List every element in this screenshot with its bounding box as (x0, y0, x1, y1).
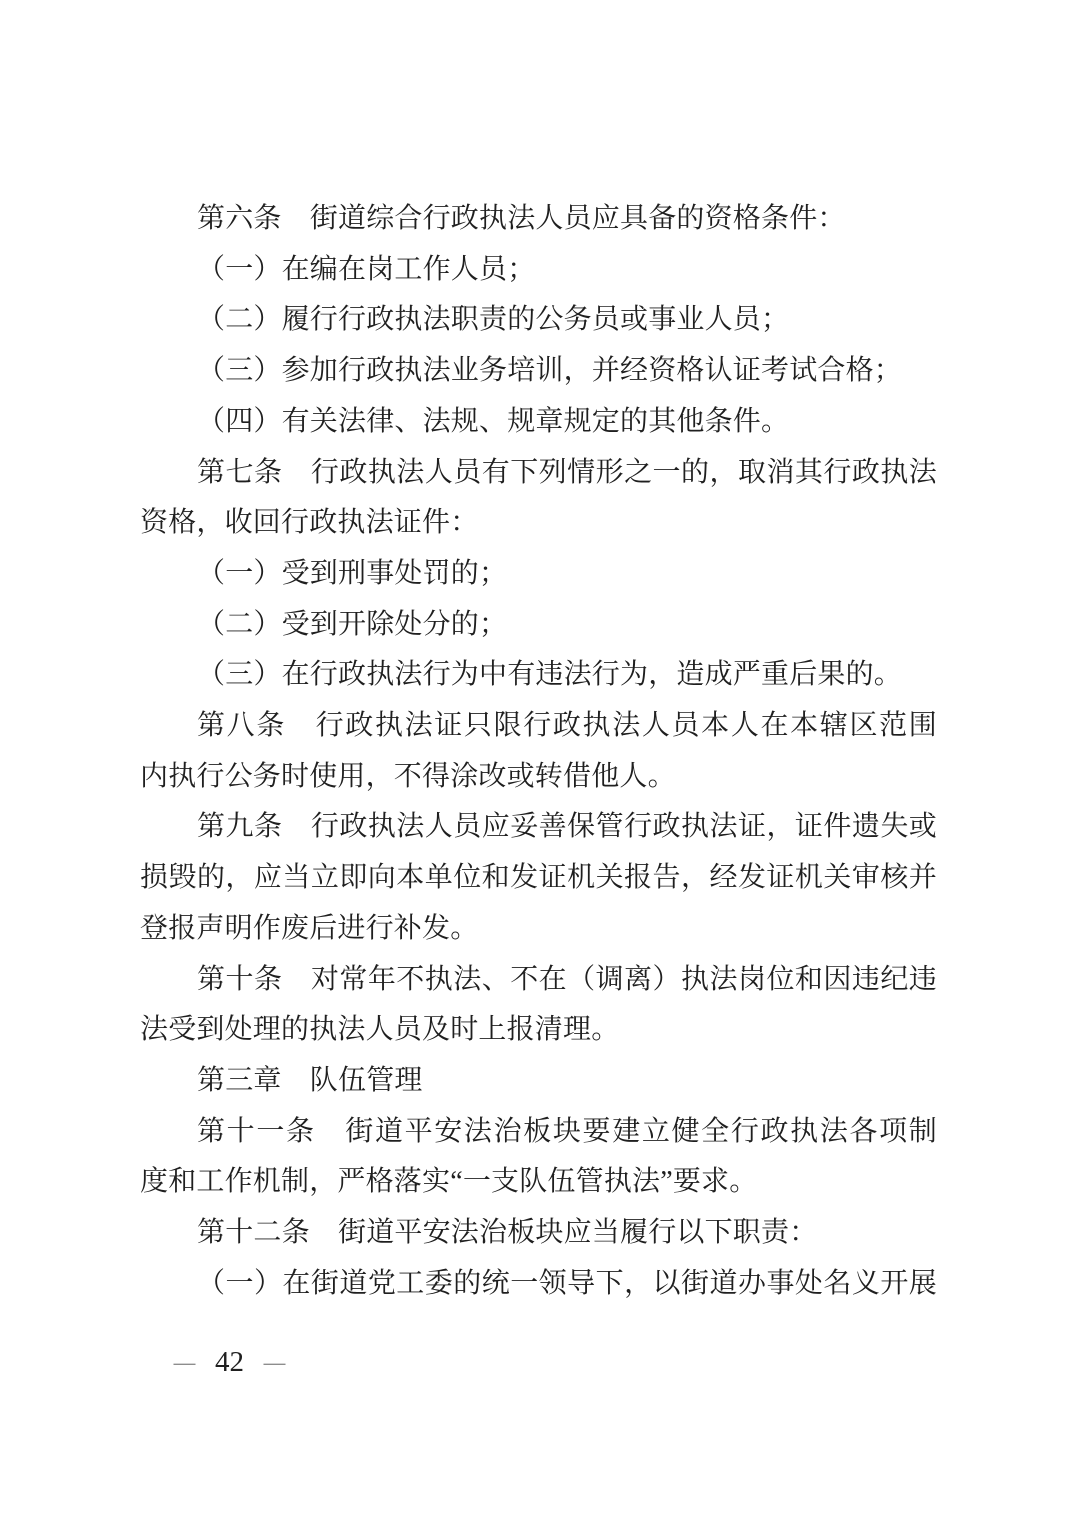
text-line: （三）在行政执法行为中有违法行为，造成严重后果的。 (140, 650, 937, 701)
text-line: （二）履行行政执法职责的公务员或事业人员； (140, 295, 937, 346)
text-line: （一）在街道党工委的统一领导下，以街道办事处名义开展 (140, 1259, 937, 1310)
text-line: 第六条 街道综合行政执法人员应具备的资格条件： (140, 194, 937, 245)
text-line: 第十条 对常年不执法、不在（调离）执法岗位和因违纪违 (140, 955, 937, 1006)
text-line: 法受到处理的执法人员及时上报清理。 (140, 1005, 937, 1056)
page-number: — 42 — (170, 1346, 289, 1379)
text-line: 登报声明作废后进行补发。 (140, 904, 937, 955)
text-line: 第九条 行政执法人员应妥善保管行政执法证，证件遗失或 (140, 802, 937, 853)
page-number-right-dash: — (264, 1346, 286, 1379)
text-line: 第八条 行政执法证只限行政执法人员本人在本辖区范围 (140, 701, 937, 752)
document-body-text: 第六条 街道综合行政执法人员应具备的资格条件：（一）在编在岗工作人员；（二）履行… (140, 194, 937, 1309)
text-line: 内执行公务时使用，不得涂改或转借他人。 (140, 752, 937, 803)
text-line: 第三章 队伍管理 (140, 1056, 937, 1107)
document-page: 第六条 街道综合行政执法人员应具备的资格条件：（一）在编在岗工作人员；（二）履行… (0, 0, 1074, 1520)
text-line: （一）在编在岗工作人员； (140, 245, 937, 296)
text-line: 度和工作机制，严格落实“一支队伍管执法”要求。 (140, 1157, 937, 1208)
page-number-value: 42 (215, 1346, 244, 1379)
text-line: 第十一条 街道平安法治板块要建立健全行政执法各项制 (140, 1107, 937, 1158)
text-line: 第七条 行政执法人员有下列情形之一的，取消其行政执法 (140, 448, 937, 499)
text-line: （四）有关法律、法规、规章规定的其他条件。 (140, 397, 937, 448)
page-number-left-dash: — (174, 1346, 196, 1379)
text-line: （三）参加行政执法业务培训，并经资格认证考试合格； (140, 346, 937, 397)
text-line: 第十二条 街道平安法治板块应当履行以下职责： (140, 1208, 937, 1259)
text-line: （二）受到开除处分的； (140, 600, 937, 651)
text-line: 损毁的，应当立即向本单位和发证机关报告，经发证机关审核并 (140, 853, 937, 904)
text-line: （一）受到刑事处罚的； (140, 549, 937, 600)
text-line: 资格，收回行政执法证件： (140, 498, 937, 549)
